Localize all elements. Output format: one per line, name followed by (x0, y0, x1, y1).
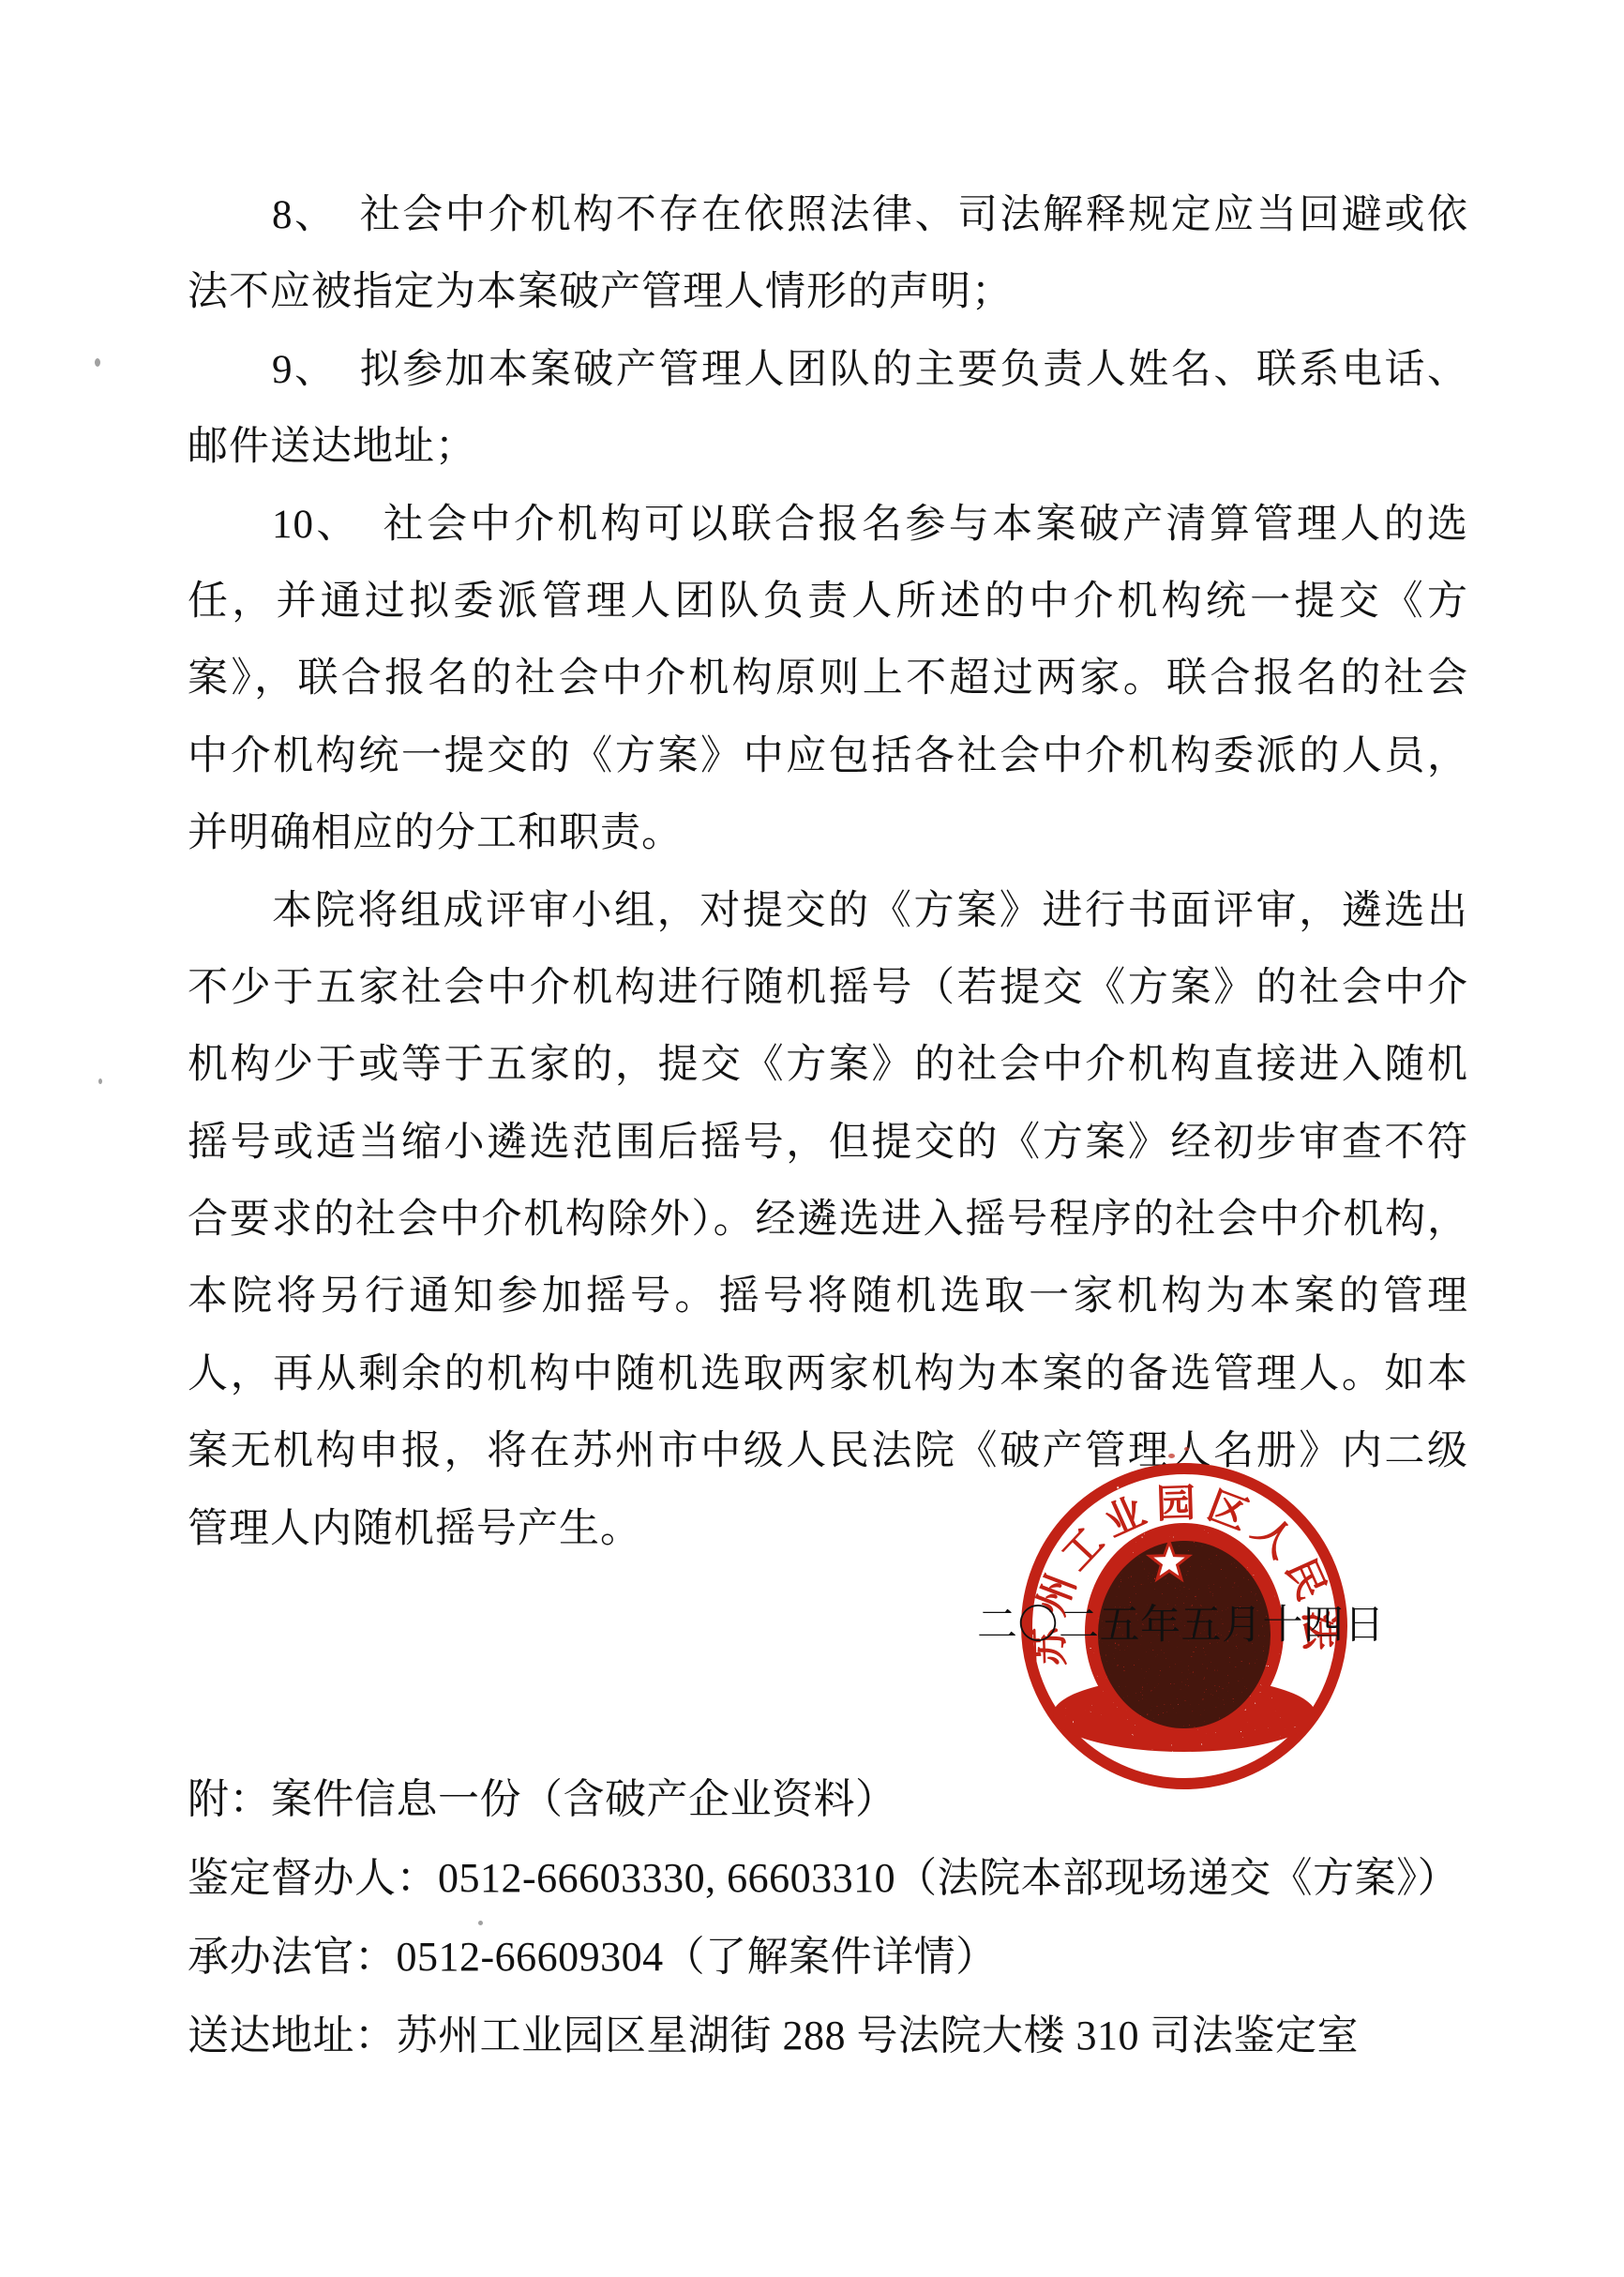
body-line: 合要求的社会中介机构除外）。经遴选进入摇号程序的社会中介机构， (188, 1182, 1468, 1259)
body-line: 9、 拟参加本案破产管理人团队的主要负责人姓名、联系电话、 (188, 332, 1468, 409)
body-line: 人，再从剩余的机构中随机选取两家机构为本案的备选管理人。如本 (188, 1336, 1468, 1413)
body-line: 本院将组成评审小组，对提交的《方案》进行书面评审，遴选出 (188, 873, 1468, 950)
scan-noise-dot (98, 1078, 102, 1084)
body-line: 任，并通过拟委派管理人团队负责人所述的中介机构统一提交《方 (188, 564, 1468, 641)
body-line: 不少于五家社会中介机构进行随机摇号（若提交《方案》的社会中介 (188, 950, 1468, 1027)
date-line: 二〇二五年五月十四日 (977, 1600, 1385, 1652)
judge-phone-line: 承办法官：0512-66609304（了解案件详情） (188, 1918, 1528, 1997)
body-line: 法不应被指定为本案破产管理人情形的声明； (188, 254, 1468, 331)
scan-noise-dot (1184, 1447, 1189, 1451)
body-line: 8、 社会中介机构不存在依照法律、司法解释规定应当回避或依 (188, 177, 1468, 254)
body-line: 机构少于或等于五家的，提交《方案》的社会中介机构直接进入随机 (188, 1027, 1468, 1104)
body-line: 邮件送达地址； (188, 409, 1468, 486)
body-line: 管理人内随机摇号产生。 (188, 1491, 1468, 1568)
body-line: 案无机构申报，将在苏州市中级人民法院《破产管理人名册》内二级 (188, 1413, 1468, 1490)
scan-noise-dot (95, 358, 100, 367)
scan-noise-dot (1168, 1454, 1175, 1458)
body-line: 中介机构统一提交的《方案》中应包括各社会中介机构委派的人员， (188, 718, 1468, 795)
footer-block: 附：案件信息一份（含破产企业资料） 鉴定督办人：0512-66603330, 6… (188, 1760, 1528, 2075)
body-line: 10、 社会中介机构可以联合报名参与本案破产清算管理人的选 (188, 487, 1468, 564)
document-body: 8、 社会中介机构不存在依照法律、司法解释规定应当回避或依 法不应被指定为本案破… (188, 177, 1468, 1568)
document-page: 8、 社会中介机构不存在依照法律、司法解释规定应当回避或依 法不应被指定为本案破… (0, 0, 1624, 2277)
body-line: 并明确相应的分工和职责。 (188, 795, 1468, 872)
supervisor-phone-line: 鉴定督办人：0512-66603330, 66603310（法院本部现场递交《方… (188, 1839, 1528, 1918)
delivery-address-line: 送达地址：苏州工业园区星湖街 288 号法院大楼 310 司法鉴定室 (188, 1997, 1528, 2075)
body-line: 本院将另行通知参加摇号。摇号将随机选取一家机构为本案的管理 (188, 1259, 1468, 1335)
body-line: 案》，联合报名的社会中介机构原则上不超过两家。联合报名的社会 (188, 641, 1468, 717)
scan-noise-dot (478, 1921, 483, 1925)
attachment-line: 附：案件信息一份（含破产企业资料） (188, 1760, 1528, 1839)
body-line: 摇号或适当缩小遴选范围后摇号，但提交的《方案》经初步审查不符 (188, 1105, 1468, 1182)
